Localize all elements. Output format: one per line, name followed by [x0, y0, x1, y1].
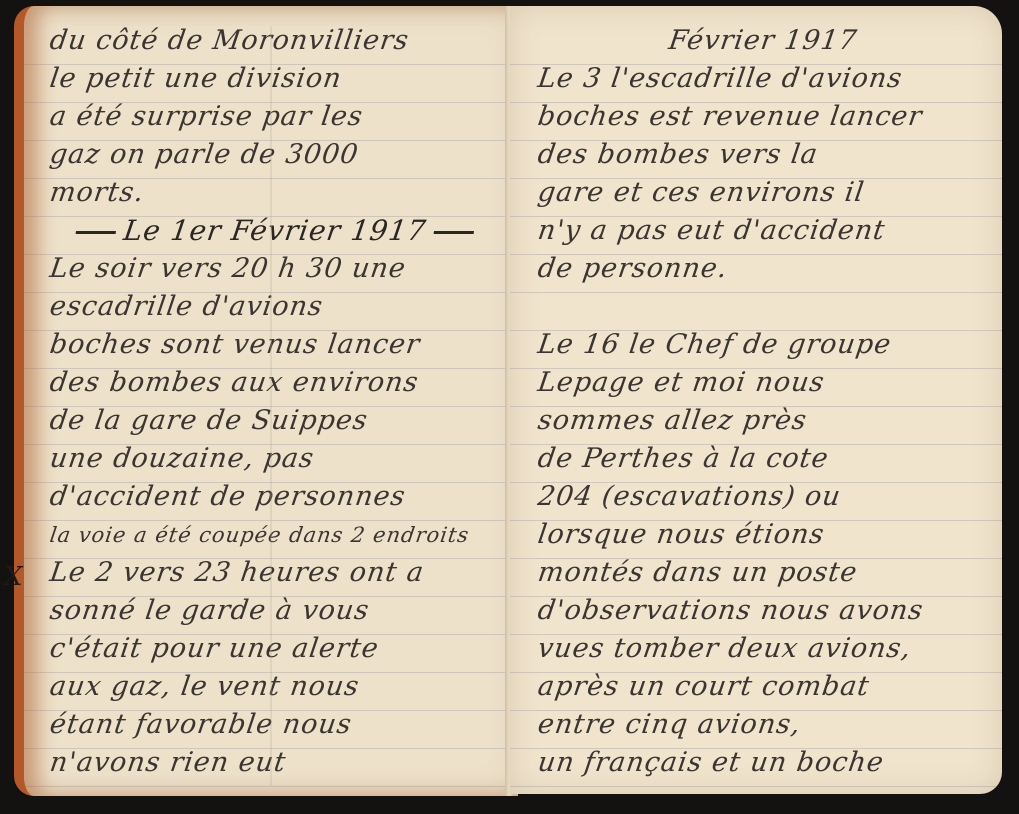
text-line: d'observations nous avons	[535, 592, 990, 630]
margin-cross-mark: X	[4, 562, 23, 592]
text-line: vues tomber deux avions,	[535, 630, 990, 668]
text-line: des bombes vers la	[535, 136, 990, 174]
text-line: boches sont venus lancer	[47, 326, 502, 364]
text-line: sonné le garde à vous	[47, 592, 502, 630]
text-line-small: la voie a été coupée dans 2 endroits	[47, 516, 502, 554]
text-line: Le 2 vers 23 heures ont a	[47, 554, 502, 592]
text-line: le petit une division	[47, 60, 502, 98]
text-line: 204 (escavations) ou	[535, 478, 990, 516]
text-line: Le 3 l'escadrille d'avions	[535, 60, 990, 98]
blank-line	[535, 288, 990, 326]
text-line: boches est revenue lancer	[535, 98, 990, 136]
text-line: c'était pour une alerte	[47, 630, 502, 668]
diary-spread: du côté de Moronvilliers le petit une di…	[0, 0, 1019, 814]
text-line: a été surprise par les	[47, 98, 502, 136]
text-line: n'y a pas eut d'accident	[535, 212, 990, 250]
text-line: étant favorable nous	[47, 706, 502, 744]
page-crease	[270, 26, 272, 786]
text-line: gare et ces environs il	[535, 174, 990, 212]
text-line: de personne.	[535, 250, 990, 288]
text-line: n'avons rien eut	[47, 744, 502, 782]
text-line: de la gare de Suippes	[47, 402, 502, 440]
text-line: escadrille d'avions	[47, 288, 502, 326]
page-header-date: Février 1917	[535, 22, 990, 60]
text-line: entre cinq avions,	[535, 706, 990, 744]
text-line: du côté de Moronvilliers	[47, 22, 502, 60]
text-line: de Perthes à la cote	[535, 440, 990, 478]
text-line: Le 16 le Chef de groupe	[535, 326, 990, 364]
text-line: Lepage et moi nous	[535, 364, 990, 402]
right-page-text: Février 1917 Le 3 l'escadrille d'avions …	[510, 6, 1002, 794]
left-page: du côté de Moronvilliers le petit une di…	[14, 6, 518, 796]
text-line: lorsque nous étions	[535, 516, 990, 554]
text-line: montés dans un poste	[535, 554, 990, 592]
right-page: Février 1917 Le 3 l'escadrille d'avions …	[510, 6, 1002, 794]
text-line: aux gaz, le vent nous	[47, 668, 502, 706]
text-line: sommes allez près	[535, 402, 990, 440]
text-line: des bombes aux environs	[47, 364, 502, 402]
entry-date-heading: Le 1er Février 1917	[47, 212, 502, 250]
text-line: une douzaine, pas	[47, 440, 502, 478]
text-line: après un court combat	[535, 668, 990, 706]
text-line: Le soir vers 20 h 30 une	[47, 250, 502, 288]
text-line: un français et un boche	[535, 744, 990, 782]
text-line: gaz on parle de 3000	[47, 136, 502, 174]
text-line: d'accident de personnes	[47, 478, 502, 516]
text-line: morts.	[47, 174, 502, 212]
